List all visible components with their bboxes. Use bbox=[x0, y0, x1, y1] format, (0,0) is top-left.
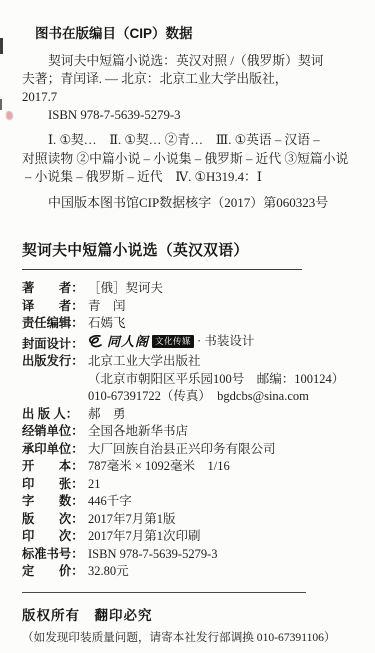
copyright-page: 图书在版编目（CIP）数据 契诃夫中短篇小说选：英汉对照 /（俄罗斯）契诃 夫著… bbox=[0, 0, 375, 653]
field-label: 封面设计： bbox=[22, 336, 88, 354]
field-value: 21 bbox=[88, 476, 347, 494]
field-value: 青 闰 bbox=[88, 298, 347, 316]
field-value: ［俄］契诃夫 bbox=[88, 280, 347, 298]
cip-record-line: 2017.7 bbox=[22, 88, 347, 106]
field-value: 北京工业大学出版社 bbox=[88, 353, 347, 371]
field-label: 出版发行： bbox=[22, 353, 88, 371]
colophon-row-printing: 印 次： 2017年7月第1次印刷 bbox=[22, 528, 347, 546]
quality-note: （如发现印装质量问题，请寄本社发行部调换 010-67391106） bbox=[22, 629, 347, 645]
field-value: 全国各地新华书店 bbox=[88, 423, 347, 441]
colophon-row-publisher-contact: 010-67391722（传真） bgdcbs@sina.com bbox=[22, 388, 347, 406]
colophon-row-translator: 译 者： 青 闰 bbox=[22, 298, 347, 316]
cip-classification: Ⅰ. ①契… Ⅱ. ①契… ②青… Ⅲ. ①英语 – 汉语 – 对照读物 ②中篇… bbox=[22, 131, 347, 187]
cip-record: 契诃夫中短篇小说选：英汉对照 /（俄罗斯）契诃 夫著；青闰译. — 北京：北京工… bbox=[22, 52, 347, 124]
field-value: 446千字 bbox=[88, 493, 347, 511]
colophon-row-publisher: 出版发行： 北京工业大学出版社 bbox=[22, 353, 347, 371]
publisher-logo: 同人阁 文化传媒 · 书装设计 bbox=[88, 333, 347, 351]
colophon-row-word-count: 字 数： 446千字 bbox=[22, 493, 347, 511]
field-value: 大厂回族自治县正兴印务有限公司 bbox=[88, 441, 347, 459]
colophon-row-isbn: 标准书号： ISBN 978-7-5639-5279-3 bbox=[22, 546, 347, 564]
field-value: 32.80元 bbox=[88, 563, 347, 581]
field-label: 标准书号： bbox=[22, 546, 88, 564]
field-label: 印 张： bbox=[22, 476, 88, 494]
logo-badge: 文化传媒 bbox=[152, 335, 194, 348]
colophon-row-edition: 版 次： 2017年7月第1版 bbox=[22, 511, 347, 529]
cip-record-line: 契诃夫中短篇小说选：英汉对照 /（俄罗斯）契诃 bbox=[22, 52, 347, 70]
field-label: 承印单位： bbox=[22, 441, 88, 459]
cip-registry-number: 中国版本图书馆CIP数据核字（2017）第060323号 bbox=[22, 194, 347, 213]
scan-artifact bbox=[0, 38, 3, 54]
cip-classification-line: – 小说集 – 俄罗斯 – 近代 Ⅳ. ①H319.4：Ⅰ bbox=[22, 168, 347, 187]
colophon-row-cover-design: 封面设计： 同人阁 文化传媒 · 书装设计 bbox=[22, 333, 347, 354]
colophon-row-publisher-person: 出 版 人： 郝 勇 bbox=[22, 406, 347, 424]
field-label: 译 者： bbox=[22, 298, 88, 316]
field-label: 印 次： bbox=[22, 528, 88, 546]
field-value: 郝 勇 bbox=[88, 406, 347, 424]
field-value: 2017年7月第1版 bbox=[88, 511, 347, 529]
colophon-row-distributor: 经销单位： 全国各地新华书店 bbox=[22, 423, 347, 441]
field-value: 2017年7月第1次印刷 bbox=[88, 528, 347, 546]
footer-rule bbox=[22, 592, 306, 593]
cip-classification-line: Ⅰ. ①契… Ⅱ. ①契… ②青… Ⅲ. ①英语 – 汉语 – bbox=[22, 131, 347, 150]
colophon-row-editor: 责任编辑： 石嫣飞 bbox=[22, 315, 347, 333]
field-label: 经销单位： bbox=[22, 423, 88, 441]
scan-artifact bbox=[6, 111, 13, 120]
cip-record-line: 夫著；青闰译. — 北京：北京工业大学出版社， bbox=[22, 70, 347, 88]
logo-text: 同人阁 bbox=[107, 333, 149, 351]
field-value: 石嫣飞 bbox=[88, 315, 347, 333]
colophon-row-sheets: 印 张： 21 bbox=[22, 476, 347, 494]
field-label: 开 本： bbox=[22, 458, 88, 476]
scan-artifact bbox=[0, 99, 2, 110]
field-label: 定 价： bbox=[22, 563, 88, 581]
colophon: 著 者： ［俄］契诃夫 译 者： 青 闰 责任编辑： 石嫣飞 封面设计： 同人阁… bbox=[22, 280, 347, 581]
cip-classification-line: 对照读物 ②中篇小说 – 小说集 – 俄罗斯 – 近代 ③短篇小说 bbox=[22, 150, 347, 169]
field-value: （北京市朝阳区平乐园100号 邮编：100124） bbox=[88, 371, 347, 389]
field-value: 787毫米 × 1092毫米 1/16 bbox=[88, 458, 347, 476]
colophon-row-author: 著 者： ［俄］契诃夫 bbox=[22, 280, 347, 298]
field-label: 责任编辑： bbox=[22, 315, 88, 333]
field-label: 出 版 人： bbox=[22, 406, 88, 424]
field-label: 版 次： bbox=[22, 511, 88, 529]
cip-heading: 图书在版编目（CIP）数据 bbox=[35, 26, 347, 42]
colophon-row-format: 开 本： 787毫米 × 1092毫米 1/16 bbox=[22, 458, 347, 476]
field-label: 著 者： bbox=[22, 280, 88, 298]
colophon-row-publisher-address: （北京市朝阳区平乐园100号 邮编：100124） bbox=[22, 371, 347, 389]
book-title: 契诃夫中短篇小说选（英汉双语） bbox=[22, 239, 347, 260]
field-value: 010-67391722（传真） bgdcbs@sina.com bbox=[88, 388, 347, 406]
field-value: ISBN 978-7-5639-5279-3 bbox=[88, 546, 347, 564]
logo-swirl-icon bbox=[88, 335, 103, 348]
field-label: 字 数： bbox=[22, 493, 88, 511]
copyright-notice: 版权所有 翻印必究 bbox=[22, 604, 347, 624]
cip-record-line: ISBN 978-7-5639-5279-3 bbox=[22, 106, 347, 124]
logo-suffix: · 书装设计 bbox=[197, 333, 254, 351]
colophon-row-price: 定 价： 32.80元 bbox=[22, 563, 347, 581]
colophon-row-printer: 承印单位： 大厂回族自治县正兴印务有限公司 bbox=[22, 441, 347, 459]
title-rule bbox=[22, 269, 302, 270]
